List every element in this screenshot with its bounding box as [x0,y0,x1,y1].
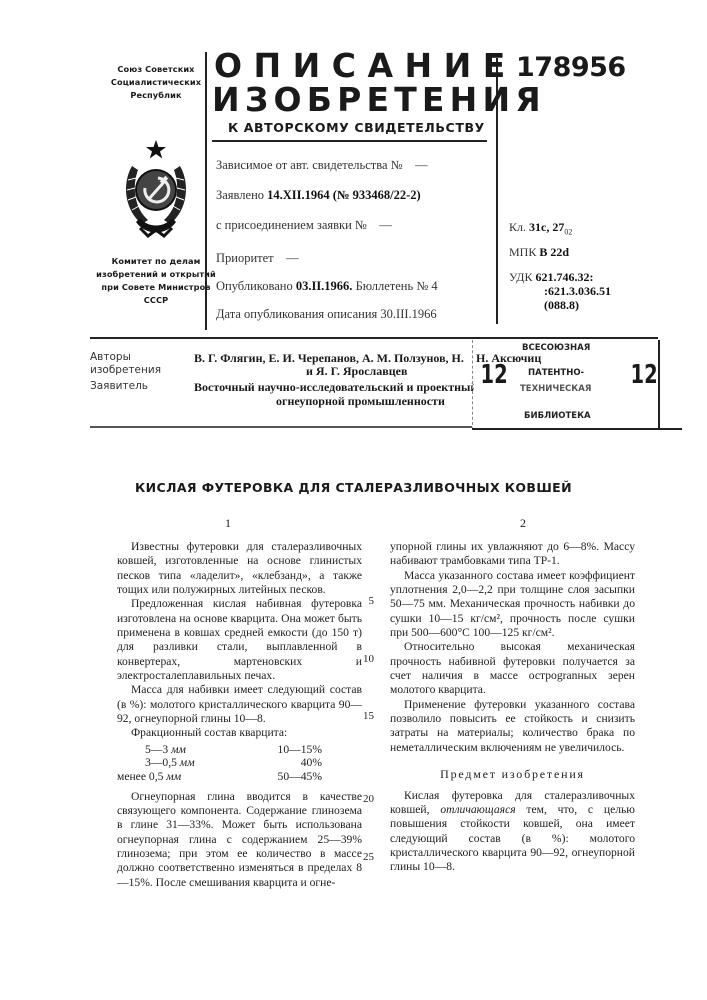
meta-label: Опубликовано [216,279,293,293]
paragraph: Масса для набивки имеет следующий состав… [117,683,362,726]
stamp-number-left: 12 [481,360,508,390]
meta-label: с присоединением заявки № [216,218,367,232]
country-line: Республик [96,89,216,102]
size-value: 0,5 [149,770,164,783]
claim-paragraph: Кислая футеровка для сталеразливочных ко… [390,789,635,875]
paragraph: Применение футеровки указанного состава … [390,698,635,755]
fraction-size: 5—3 мм [117,743,234,757]
paragraph: Предложенная кислая набивная футеровка и… [117,597,362,683]
class-label: МПК [509,245,536,259]
paragraph: Относительно высокая механическая прочно… [390,640,635,697]
title-rule [212,140,487,142]
meta-value: 30.III.1966 [380,307,436,321]
class-value: B 22d [539,245,569,259]
class-mpk: МПК B 22d [509,245,569,260]
authors-line-2: и Я. Г. Ярославцев [306,364,407,379]
meta-dependent: Зависимое от авт. свидетельства № — [216,158,428,173]
committee-line: при Совете Министров [96,281,216,294]
meta-published: Опубликовано 03.II.1966. Бюллетень № 4 [216,279,438,294]
claims-heading: Предмет изобретения [390,767,635,781]
line-number: 10 [352,653,374,665]
class-udk-3: (088.8) [544,298,579,313]
paragraph: Известны футеровки для сталеразливочных … [117,540,362,597]
applicant-line-1: Восточный научно-исследовательский и про… [194,380,474,395]
country-block: Союз Советских Социалистических Республи… [96,63,216,102]
table-row: 5—3 мм 10—15% [117,743,362,757]
class-sub: 02 [564,227,572,236]
meta-label: Приоритет [216,251,274,265]
class-value: (088.8) [544,298,579,312]
fraction-table: 5—3 мм 10—15% 3—0,5 мм 40% менее 0,5 мм … [117,743,362,784]
meta-priority: Приоритет — [216,251,299,266]
stamp-number-right: 12 [631,360,658,390]
meta-desc-published: Дата опубликования описания 30.III.1966 [216,307,437,322]
column-number-1: 1 [225,516,231,531]
table-row: менее 0,5 мм 50—45% [117,770,362,784]
size-prefix: менее [117,770,146,783]
unit: мм [180,756,195,769]
label-line: изобретения [90,364,161,377]
class-value: :621.3.036.51 [544,284,611,298]
meta-value: 14.XII.1964 (№ 933468/22-2) [267,188,421,202]
stamp-bottom-rule [472,428,682,430]
parties-bottom-rule [90,426,472,428]
fraction-share: 10—15% [234,743,362,757]
meta-label: Дата опубликования описания [216,307,377,321]
column-1: Известны футеровки для сталеразливочных … [117,540,362,890]
fraction-share: 50—45% [234,770,362,784]
bulletin-number: Бюллетень № 4 [356,279,438,293]
invention-title: КИСЛАЯ ФУТЕРОВКА ДЛЯ СТАЛЕРАЗЛИВОЧНЫХ КО… [0,480,707,495]
stamp-line: ПАТЕНТНО- [528,368,584,378]
unit: мм [171,743,186,756]
doc-type-title: ОПИСАНИЕ [214,48,517,84]
class-kl: Кл. 31с, 2702 [509,220,572,236]
meta-label: Заявлено [216,188,264,202]
meta-value: — [415,158,428,172]
doc-type-subtitle: К АВТОРСКОМУ СВИДЕТЕЛЬСТВУ [228,120,485,135]
country-line: Социалистических [96,76,216,89]
meta-value: — [379,218,392,232]
stamp-line: ТЕХНИЧЕСКАЯ [520,384,591,394]
meta-filed: Заявлено 14.XII.1964 (№ 933468/22-2) [216,188,421,203]
unit: мм [166,770,181,783]
line-number: 5 [352,595,374,607]
country-line: Союз Советских [96,63,216,76]
committee-line: СССР [96,294,216,307]
line-number: 20 [352,793,374,805]
stamp-line: БИБЛИОТЕКА [524,411,591,421]
meta-label: Зависимое от авт. свидетельства № [216,158,403,172]
paragraph: упорной глины их увлажняют до 6—8%. Масс… [390,540,635,569]
ussr-state-emblem-icon [118,138,194,242]
size-value: 3—0,5 [145,756,177,769]
class-value: 31с, 27 [529,220,564,234]
committee-line: изобретений и открытий [96,268,216,281]
parties-top-rule [90,337,658,339]
patent-number: 178956 [516,52,626,83]
column-2: упорной глины их увлажняют до 6—8%. Масс… [390,540,635,875]
claim-emphasis: отличающаяся [440,803,515,816]
table-row: 3—0,5 мм 40% [117,756,362,770]
authors-label: Авторы изобретения [90,351,161,377]
fraction-share: 40% [234,756,362,770]
stamp-line: ВСЕСОЮЗНАЯ [522,343,590,353]
line-number: 25 [352,851,374,863]
label-line: Авторы [90,351,161,364]
meta-value: 03.II.1966. [296,279,353,293]
committee-line: Комитет по делам [96,255,216,268]
class-udk-2: :621.3.036.51 [544,284,611,299]
meta-joined: с присоединением заявки № — [216,218,392,233]
committee-block: Комитет по делам изобретений и открытий … [96,255,216,307]
class-udk: УДК 621.746.32: [509,270,593,285]
size-value: 5—3 [145,743,168,756]
paragraph: Огнеупорная глина вводится в качестве св… [117,790,362,890]
divider-left [205,52,207,330]
class-label: УДК [509,270,532,284]
applicant-label: Заявитель [90,380,148,393]
class-label: Кл. [509,220,526,234]
applicant-line-2: огнеупорной промышленности [276,394,445,409]
paragraph: Масса указанного состава имеет коэффицие… [390,569,635,641]
meta-value: — [286,251,299,265]
line-number: 15 [352,710,374,722]
column-number-2: 2 [520,516,526,531]
class-value: 621.746.32: [535,270,593,284]
fraction-size: 3—0,5 мм [117,756,234,770]
paragraph: Фракционный состав кварцита: [117,726,362,740]
doc-type-title-2: ИЗОБРЕТЕНИЯ [212,82,546,118]
fraction-size: менее 0,5 мм [117,770,234,784]
